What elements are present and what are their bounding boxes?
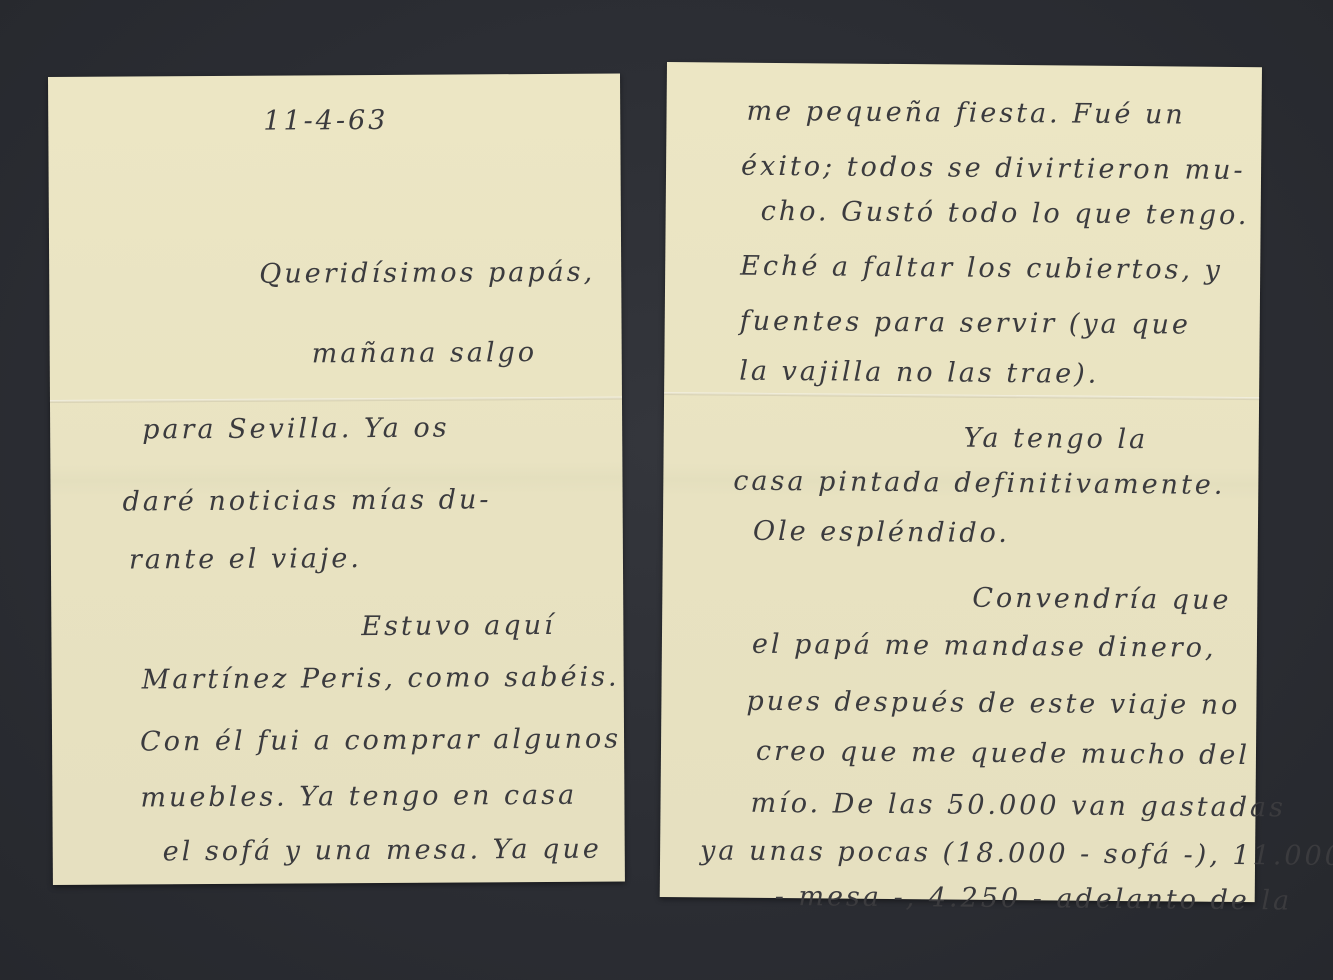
letter-line: éxito; todos se divirtieron mu- [741, 153, 1246, 184]
letter-line: creo que me quede mucho del [756, 738, 1250, 769]
letter-line: mañana salgo [312, 339, 538, 367]
letter-line: cho. Gustó todo lo que tengo. [761, 198, 1250, 229]
letter-line: la vajilla no las trae). [739, 358, 1099, 388]
letter-line: pues después de este viaje no [746, 688, 1240, 719]
letter-line: me pequeña fiesta. Fué un [746, 98, 1185, 129]
letter-line: ya unas pocas (18.000 - sofá -), 11.000 [700, 837, 1333, 870]
letter-date: 11-4-63 [263, 107, 388, 135]
letter-line: - mesa -, 4.250 - adelanto de la [775, 883, 1293, 915]
letter-line: Ole espléndido. [753, 518, 1010, 547]
letter-line: Martínez Peris, como sabéis. [142, 664, 620, 694]
letter-salutation: Queridísimos papás, [259, 259, 595, 288]
letter-line: Estuvo aquí [361, 612, 555, 640]
fold-crease [50, 396, 622, 402]
letter-line: casa pintada definitivamente. [733, 468, 1225, 499]
letter-line: el sofá y una mesa. Ya que [163, 836, 602, 866]
letter-line: daré noticias mías du- [123, 486, 492, 515]
letter-line: rante el viaje. [129, 545, 362, 573]
letter-line: para Sevilla. Ya os [142, 415, 450, 444]
fold-crease [664, 392, 1259, 400]
letter-line: Convendría que [972, 585, 1231, 614]
letter-line: Con él fui a comprar algunos [140, 726, 621, 756]
letter-page-left: 11-4-63 Queridísimos papás, mañana salgo… [48, 74, 625, 885]
letter-line: Eché a faltar los cubiertos, y [740, 253, 1223, 284]
letter-line: fuentes para servir (ya que [740, 308, 1191, 339]
letter-line: el papá me mandase dinero, [752, 631, 1217, 662]
letter-line: Ya tengo la [964, 425, 1149, 454]
letter-line: muebles. Ya tengo en casa [140, 782, 577, 812]
letter-line: mío. De las 50.000 van gastadas [750, 790, 1286, 822]
letter-page-right: me pequeña fiesta. Fué un éxito; todos s… [660, 62, 1262, 902]
